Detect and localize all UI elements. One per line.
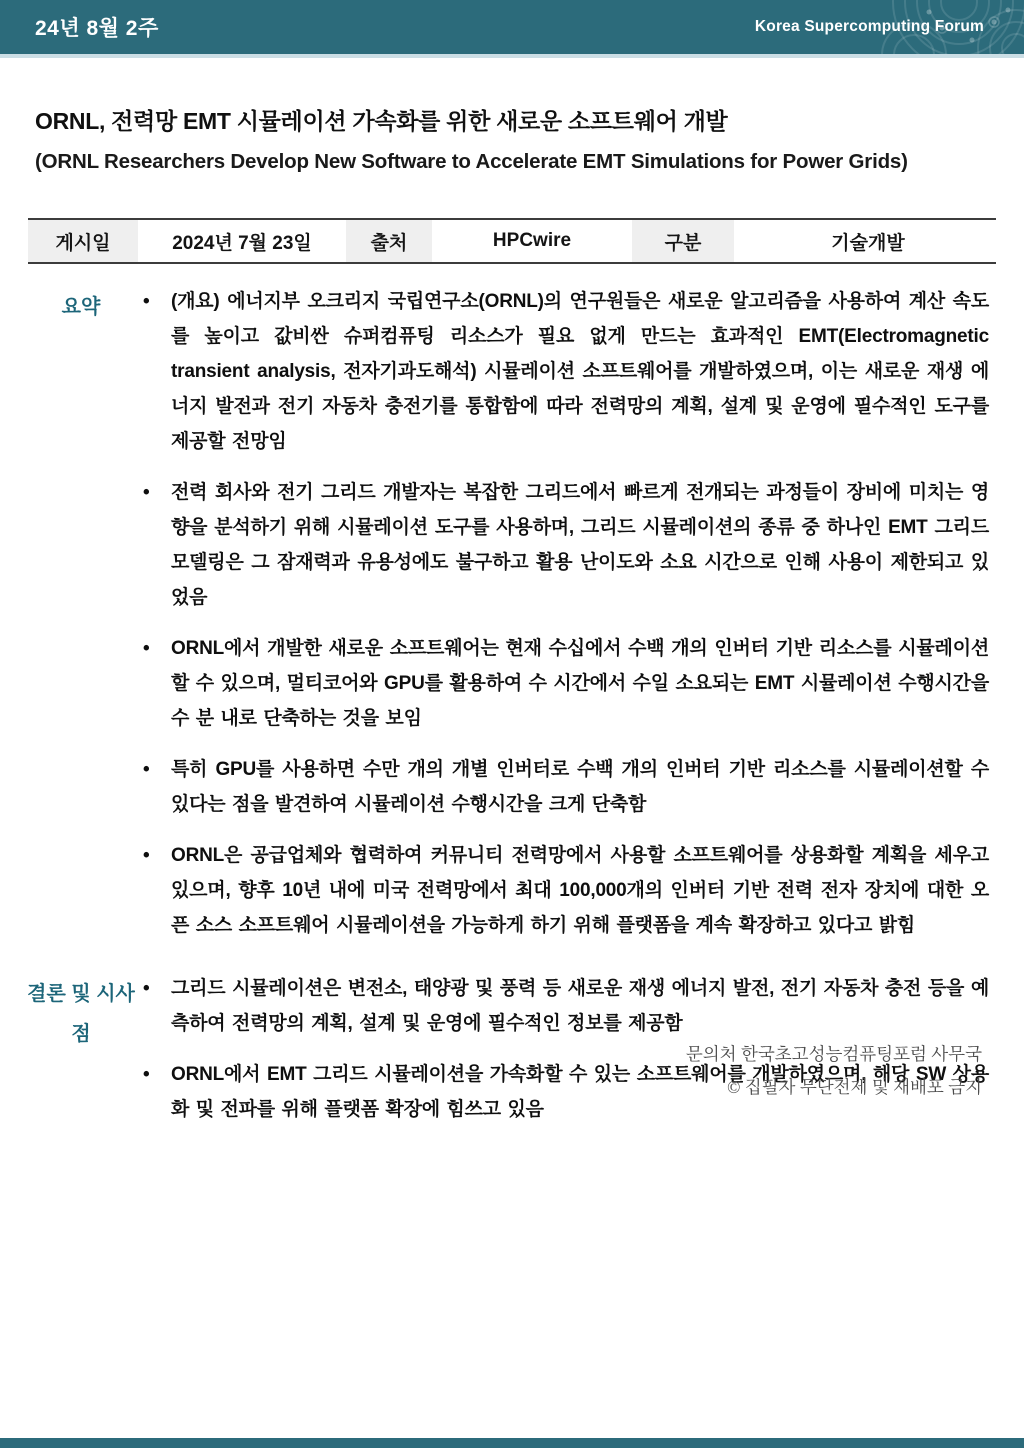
newsletter-page: 24년 8월 2주 Korea Supercomputing Forum xyxy=(0,0,1024,1448)
bullet-icon: • xyxy=(143,838,171,943)
page-subtitle: (ORNL Researchers Develop New Software t… xyxy=(35,148,989,176)
bullet-icon: • xyxy=(143,1057,171,1127)
bullet-text: 특히 GPU를 사용하면 수만 개의 개별 인버터로 수백 개의 인버터 기반 … xyxy=(171,752,989,822)
section-summary-body: • (개요) 에너지부 오크리지 국립연구소(ORNL)의 연구원들은 새로운 … xyxy=(137,284,989,959)
top-bar: 24년 8월 2주 Korea Supercomputing Forum xyxy=(0,0,1024,58)
section-summary: 요약 • (개요) 에너지부 오크리지 국립연구소(ORNL)의 연구원들은 새… xyxy=(25,284,989,959)
bullet-icon: • xyxy=(143,475,171,615)
bullet-icon: • xyxy=(143,752,171,822)
footer-copyright: © 집필자 무단전제 및 재배포 금지 xyxy=(686,1071,982,1104)
title-block: ORNL, 전력망 EMT 시뮬레이션 가속화를 위한 새로운 소프트웨어 개발… xyxy=(35,106,989,176)
bullet-icon: • xyxy=(143,631,171,736)
bullet-text: ORNL은 공급업체와 협력하여 커뮤니티 전력망에서 사용할 소프트웨어를 상… xyxy=(171,838,989,943)
section-conclusion-label: 결론 및 시사점 xyxy=(25,971,137,1143)
issue-week-label: 24년 8월 2주 xyxy=(35,12,159,42)
meta-label-source: 출처 xyxy=(346,220,432,262)
bullet-icon: • xyxy=(143,284,171,459)
list-item: • 전력 회사와 전기 그리드 개발자는 복잡한 그리드에서 빠르게 전개되는 … xyxy=(143,475,989,615)
list-item: • ORNL은 공급업체와 협력하여 커뮤니티 전력망에서 사용할 소프트웨어를… xyxy=(143,838,989,943)
meta-value-post-date: 2024년 7월 23일 xyxy=(144,220,340,262)
meta-label-category: 구분 xyxy=(632,220,734,262)
footer-contact: 문의처 한국초고성능컴퓨팅포럼 사무국 xyxy=(686,1038,982,1071)
list-item: • ORNL에서 개발한 새로운 소프트웨어는 현재 수십에서 수백 개의 인버… xyxy=(143,631,989,736)
meta-label-post-date: 게시일 xyxy=(28,220,138,262)
bottom-bar xyxy=(0,1438,1024,1448)
list-item: • 특히 GPU를 사용하면 수만 개의 개별 인버터로 수백 개의 인버터 기… xyxy=(143,752,989,822)
meta-table: 게시일 2024년 7월 23일 출처 HPCwire 구분 기술개발 xyxy=(28,218,996,264)
meta-value-category: 기술개발 xyxy=(740,220,996,262)
bullet-text: (개요) 에너지부 오크리지 국립연구소(ORNL)의 연구원들은 새로운 알고… xyxy=(171,284,989,459)
footer: 문의처 한국초고성능컴퓨팅포럼 사무국 © 집필자 무단전제 및 재배포 금지 xyxy=(686,1038,982,1104)
page-title: ORNL, 전력망 EMT 시뮬레이션 가속화를 위한 새로운 소프트웨어 개발 xyxy=(35,106,989,136)
bullet-text: 그리드 시뮬레이션은 변전소, 태양광 및 풍력 등 새로운 재생 에너지 발전… xyxy=(171,971,989,1041)
list-item: • (개요) 에너지부 오크리지 국립연구소(ORNL)의 연구원들은 새로운 … xyxy=(143,284,989,459)
bullet-icon: • xyxy=(143,971,171,1041)
list-item: • 그리드 시뮬레이션은 변전소, 태양광 및 풍력 등 새로운 재생 에너지 … xyxy=(143,971,989,1041)
section-summary-label: 요약 xyxy=(25,284,137,959)
meta-value-source: HPCwire xyxy=(438,220,626,262)
article-content: 요약 • (개요) 에너지부 오크리지 국립연구소(ORNL)의 연구원들은 새… xyxy=(25,284,989,1143)
forum-brand-label: Korea Supercomputing Forum xyxy=(755,18,984,36)
bullet-text: ORNL에서 개발한 새로운 소프트웨어는 현재 수십에서 수백 개의 인버터 … xyxy=(171,631,989,736)
bullet-text: 전력 회사와 전기 그리드 개발자는 복잡한 그리드에서 빠르게 전개되는 과정… xyxy=(171,475,989,615)
